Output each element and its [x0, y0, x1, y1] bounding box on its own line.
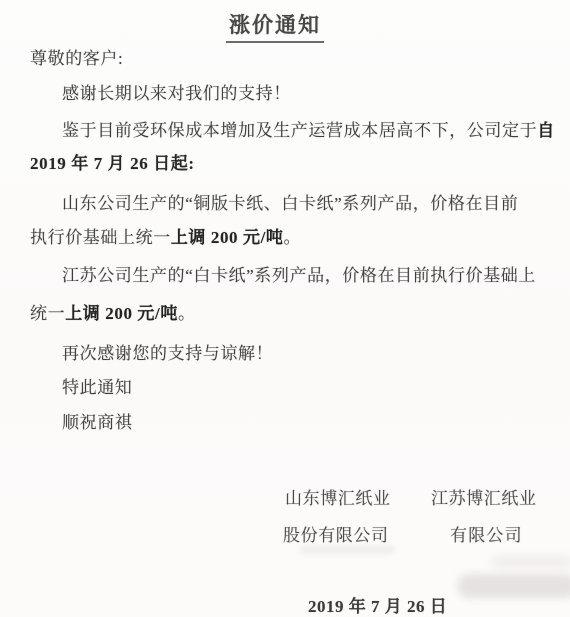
jiangsu-price-increase: 上调 200 元/吨 [65, 304, 178, 323]
closing-regards-line: 顺祝商祺 [62, 412, 132, 434]
reason-bold-text: 自 [537, 121, 555, 140]
scan-smudge-main [457, 574, 570, 598]
intro-line: 感谢长期以来对我们的支持！ [62, 83, 291, 105]
scan-smudge-upper [492, 556, 570, 568]
signature-shandong-company-line2: 股份有限公司 [283, 521, 389, 546]
salutation-line: 尊敬的客户: [30, 48, 123, 70]
reason-line: 鉴于目前受环保成本增加及生产运营成本居高不下，公司定于自 [62, 120, 555, 142]
thanks-line: 再次感谢您的支持与谅解！ [62, 343, 273, 365]
jiangsu-paragraph-line1: 江苏公司生产的“白卡纸”系列产品，价格在目前执行价基础上 [62, 265, 536, 287]
document-title: 涨价通知 [226, 9, 324, 43]
reason-text: 鉴于目前受环保成本增加及生产运营成本居高不下，公司定于 [62, 121, 537, 140]
signature-shandong-company-line1: 山东博汇纸业 [285, 484, 391, 509]
scan-smudge-small [300, 547, 395, 553]
document-date: 2019 年 7 月 26 日 [308, 592, 447, 617]
shandong-paragraph-line1: 山东公司生产的“铜版卡纸、白卡纸”系列产品，价格在目前 [62, 193, 518, 215]
jiangsu-line2-normal: 统一 [30, 304, 65, 323]
title-row: 涨价通知 [0, 9, 550, 43]
jiangsu-line2-tail: 。 [178, 304, 196, 323]
shandong-paragraph-line2: 执行价基础上统一上调 200 元/吨。 [30, 227, 301, 249]
signature-jiangsu-company-line2: 有限公司 [450, 521, 523, 546]
shandong-line2-tail: 。 [284, 228, 302, 247]
shandong-price-increase: 上调 200 元/吨 [171, 228, 284, 247]
effective-date-line: 2019 年 7 月 26 日起: [30, 153, 195, 175]
jiangsu-paragraph-line2: 统一上调 200 元/吨。 [30, 303, 196, 325]
closing-notice-line: 特此通知 [62, 377, 132, 399]
shandong-line2-normal: 执行价基础上统一 [30, 228, 171, 247]
price-notice-document: 涨价通知 尊敬的客户: 感谢长期以来对我们的支持！ 鉴于目前受环保成本增加及生产… [0, 0, 570, 617]
signature-jiangsu-company-line1: 江苏博汇纸业 [431, 484, 537, 509]
